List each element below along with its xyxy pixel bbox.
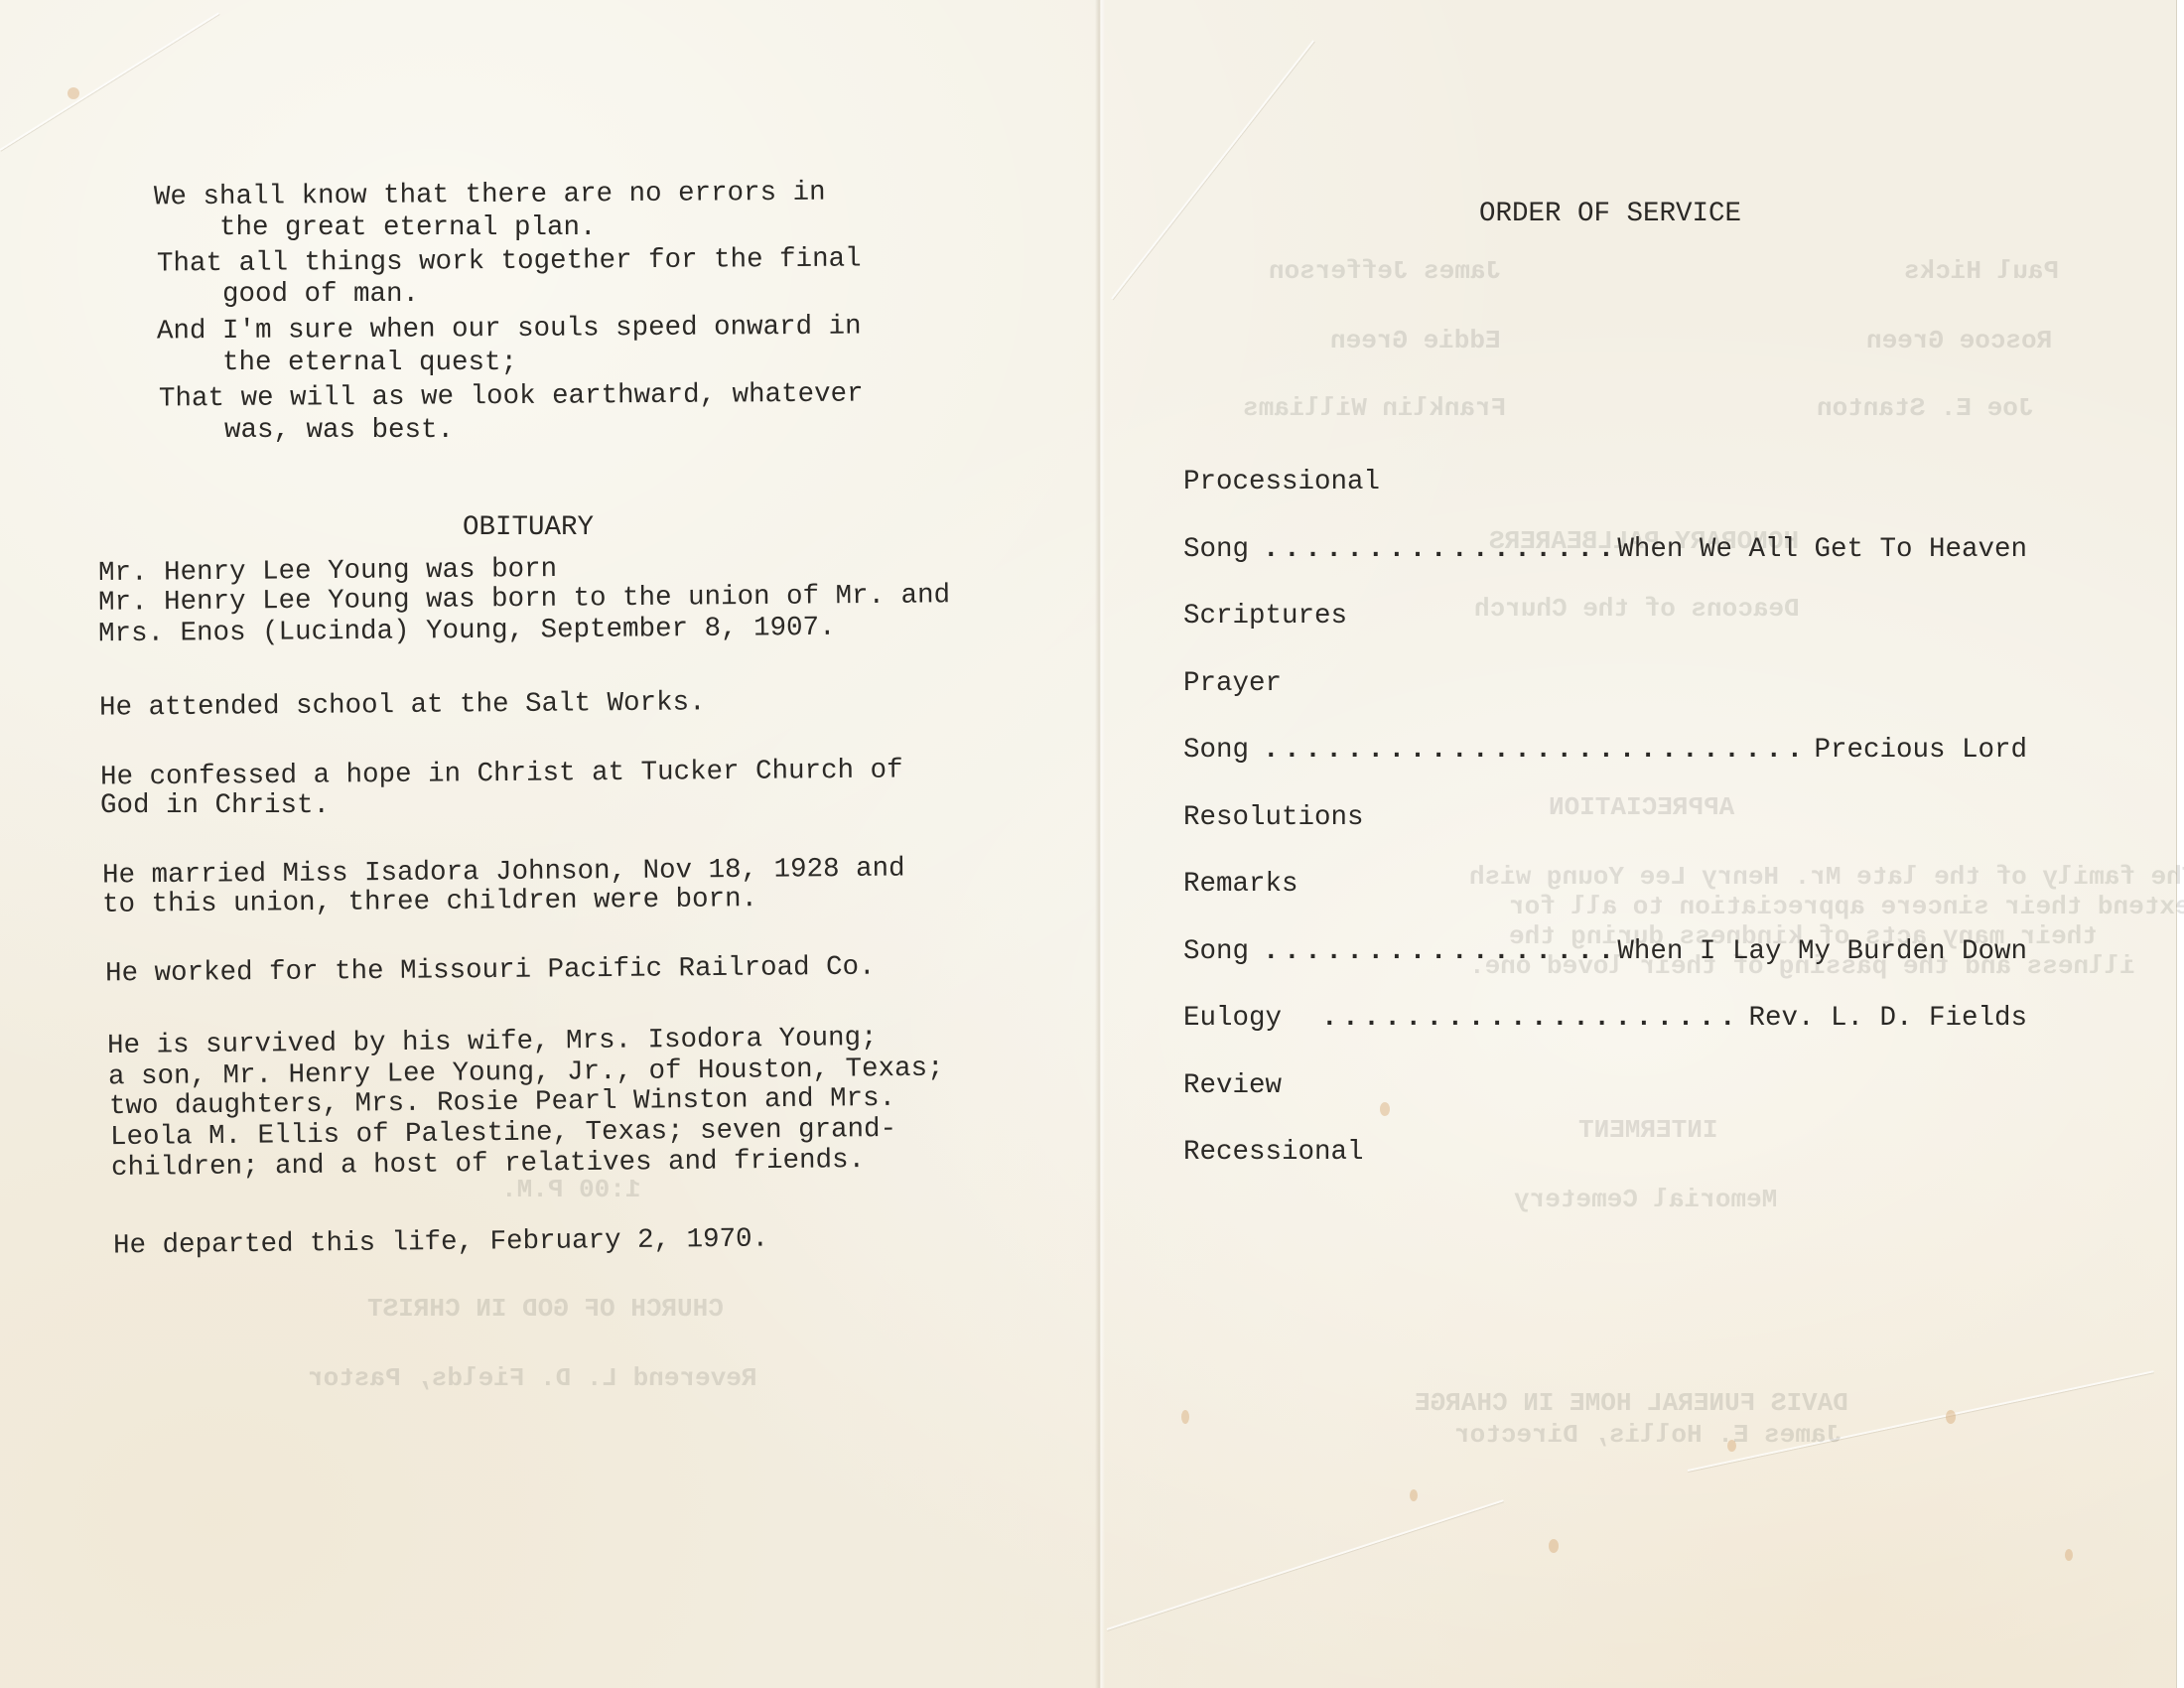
service-item: Remarks	[1183, 871, 2027, 901]
bleed-text: Joe E. Stanton	[1817, 395, 2033, 421]
poem-line: We shall know that there are no errors i…	[154, 180, 826, 211]
obituary-title: OBITUARY	[463, 514, 594, 542]
service-item: Song....................................…	[1183, 938, 2027, 968]
service-item-value: When We All Get To Heaven	[1617, 536, 2027, 564]
obituary-line: Mr. Henry Lee Young was born	[98, 556, 557, 588]
obituary-line: He attended school at the Salt Works.	[99, 689, 706, 722]
obituary-line: He departed this life, February 2, 1970.	[113, 1226, 768, 1260]
service-item-label: Song	[1183, 536, 1249, 564]
service-item-label: Remarks	[1183, 871, 1298, 899]
service-item: Eulogy..................................…	[1183, 1005, 2027, 1035]
bleed-text: Roscoe Green	[1866, 328, 2052, 353]
service-item: Prayer	[1183, 670, 2027, 700]
stain-spot	[1380, 1102, 1390, 1116]
dot-leader: ........................................…	[1263, 737, 1810, 765]
poem-line: the eternal quest;	[157, 350, 517, 377]
service-item-label: Song	[1183, 737, 1249, 765]
service-item: Review	[1183, 1072, 2027, 1102]
service-item-label: Resolutions	[1183, 804, 1364, 832]
service-item-label: Scriptures	[1183, 603, 1347, 631]
stain-spot	[68, 87, 79, 99]
service-item: Processional	[1183, 469, 2027, 498]
stain-spot	[1549, 1539, 1559, 1553]
bleed-text: DAVIS FUNERAL HOME IN CHARGE	[1415, 1390, 1848, 1416]
poem-line: That all things work together for the fi…	[157, 246, 862, 278]
service-item: Song....................................…	[1183, 536, 2027, 566]
poem-line: And I'm sure when our souls speed onward…	[157, 314, 862, 346]
service-item-label: Prayer	[1183, 670, 1282, 698]
bleed-text: James Jefferson	[1269, 258, 1501, 284]
stain-spot	[1181, 1410, 1189, 1424]
bleed-text: Reverend L. D. Fields, Pastor	[308, 1365, 756, 1391]
service-item-value: Rev. L. D. Fields	[1748, 1005, 2027, 1033]
scan-edge	[2176, 0, 2184, 1688]
dot-leader: ........................................…	[1321, 1005, 1744, 1033]
obituary-line: God in Christ.	[100, 792, 330, 820]
service-item-label: Review	[1183, 1072, 1282, 1100]
obituary-line: He married Miss Isadora Johnson, Nov 18,…	[102, 855, 905, 890]
dot-leader: ........................................…	[1263, 536, 1613, 564]
service-item: Recessional	[1183, 1139, 2027, 1169]
service-item-label: Song	[1183, 938, 1249, 966]
obituary-line: Mrs. Enos (Lucinda) Young, September 8, …	[98, 615, 836, 648]
stain-spot	[1410, 1489, 1418, 1501]
service-item: Song....................................…	[1183, 737, 2027, 767]
service-item-label: Recessional	[1183, 1139, 1364, 1167]
obituary-line: to this union, three children were born.	[102, 886, 757, 918]
stain-spot	[1946, 1410, 1956, 1424]
poem-line: That we will as we look earthward, whate…	[159, 381, 864, 413]
service-item-value: Precious Lord	[1814, 737, 2027, 765]
service-item-label: Processional	[1183, 469, 1380, 496]
poem-line: the great eternal plan.	[154, 214, 597, 242]
obituary-line: He confessed a hope in Christ at Tucker …	[100, 757, 903, 791]
dot-leader: ........................................…	[1263, 938, 1613, 966]
bleed-text: Eddie Green	[1330, 328, 1501, 353]
order-of-service-title: ORDER OF SERVICE	[1479, 201, 1741, 228]
poem-line: was, was best.	[159, 417, 454, 445]
obituary-line: He worked for the Missouri Pacific Railr…	[105, 954, 876, 988]
bleed-text: Memorial Cemetery	[1514, 1187, 1777, 1212]
poem-line: good of man.	[157, 281, 419, 309]
obituary-line: children; and a host of relatives and fr…	[111, 1147, 865, 1182]
service-item-value: When I Lay My Burden Down	[1617, 938, 2027, 966]
bleed-text: CHURCH OF GOD IN CHRIST	[367, 1296, 724, 1322]
center-fold	[1095, 0, 1105, 1688]
bleed-text: Franklin Williams	[1243, 395, 1506, 421]
bleed-text: 1:00 P.M.	[501, 1177, 640, 1202]
bleed-text: Paul Hicks	[1904, 258, 2059, 284]
service-item-label: Eulogy	[1183, 1005, 1282, 1033]
stain-spot	[2065, 1549, 2073, 1561]
bleed-text: James E. Hollis, Director	[1454, 1422, 1842, 1448]
service-item: Scriptures	[1183, 603, 2027, 633]
service-item: Resolutions	[1183, 804, 2027, 834]
